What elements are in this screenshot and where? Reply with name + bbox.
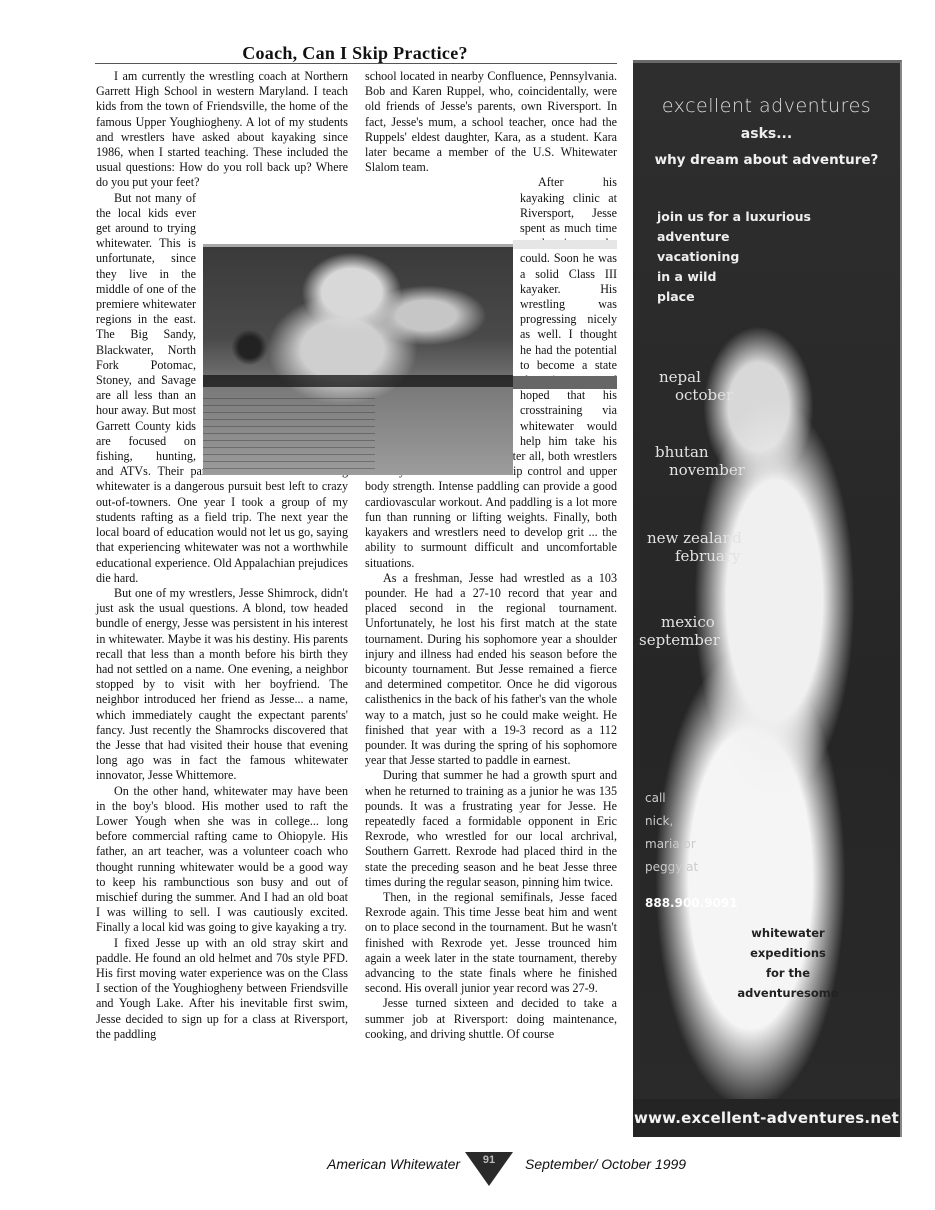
- paragraph: I fixed Jesse up with an old stray skirt…: [96, 936, 348, 1042]
- ad-pitch-line: join us for a luxurious: [657, 207, 811, 227]
- ad-tagline: whitewater expeditions for the adventure…: [733, 923, 843, 1003]
- paragraph: As a freshman, Jesse had wrestled as a 1…: [365, 571, 617, 769]
- ad-headline: why dream about adventure?: [633, 152, 900, 168]
- ad-destination-mexico: mexico september: [639, 613, 720, 649]
- advertisement-excellent-adventures[interactable]: excellent adventures asks... why dream a…: [633, 60, 902, 1137]
- ad-call-contacts: call nick, maria or peggy at: [645, 787, 698, 879]
- scan-artifact: [513, 376, 617, 389]
- ad-destination-new-zealand: new zealand february: [647, 529, 742, 565]
- page-number: 91: [479, 1154, 499, 1166]
- ad-destination-bhutan: bhutan november: [655, 443, 745, 479]
- scan-artifact: [513, 240, 617, 249]
- wrestling-photo: [203, 244, 513, 475]
- paragraph: Jesse turned sixteen and decided to take…: [365, 996, 617, 1042]
- ad-url-link[interactable]: www.excellent-adventures.net: [634, 1109, 899, 1127]
- ad-brand: excellent adventures: [633, 95, 900, 117]
- article-column-left: I am currently the wrestling coach at No…: [96, 69, 348, 1042]
- ad-asks: asks...: [633, 126, 900, 142]
- page-footer: American Whitewater 91 September/ Octobe…: [320, 1152, 700, 1192]
- publication-name: American Whitewater: [327, 1156, 460, 1172]
- article-column-middle: school located in nearby Confluence, Pen…: [365, 69, 617, 1042]
- ad-pitch-line: place: [657, 287, 811, 307]
- ad-pitch: join us for a luxurious adventure vacati…: [657, 207, 811, 307]
- paragraph: But one of my wrestlers, Jesse Shimrock,…: [96, 586, 348, 784]
- paragraph: During that summer he had a growth spurt…: [365, 768, 617, 890]
- issue-date: September/ October 1999: [525, 1156, 686, 1172]
- ad-destination-nepal: nepal october: [659, 368, 733, 404]
- ad-pitch-line: in a wild: [657, 267, 811, 287]
- paragraph: Then, in the regional semifinals, Jesse …: [365, 890, 617, 996]
- article-title: Coach, Can I Skip Practice?: [95, 42, 615, 64]
- ad-pitch-line: vacationing: [657, 247, 811, 267]
- paragraph: On the other hand, whitewater may have b…: [96, 784, 348, 936]
- ad-url-bar: www.excellent-adventures.net: [633, 1099, 900, 1137]
- title-divider: [95, 63, 617, 64]
- paragraph: school located in nearby Confluence, Pen…: [365, 69, 617, 175]
- ad-phone-number[interactable]: 888.900.9091: [645, 896, 738, 910]
- ad-pitch-line: adventure: [657, 227, 811, 247]
- paragraph: I am currently the wrestling coach at No…: [96, 69, 348, 191]
